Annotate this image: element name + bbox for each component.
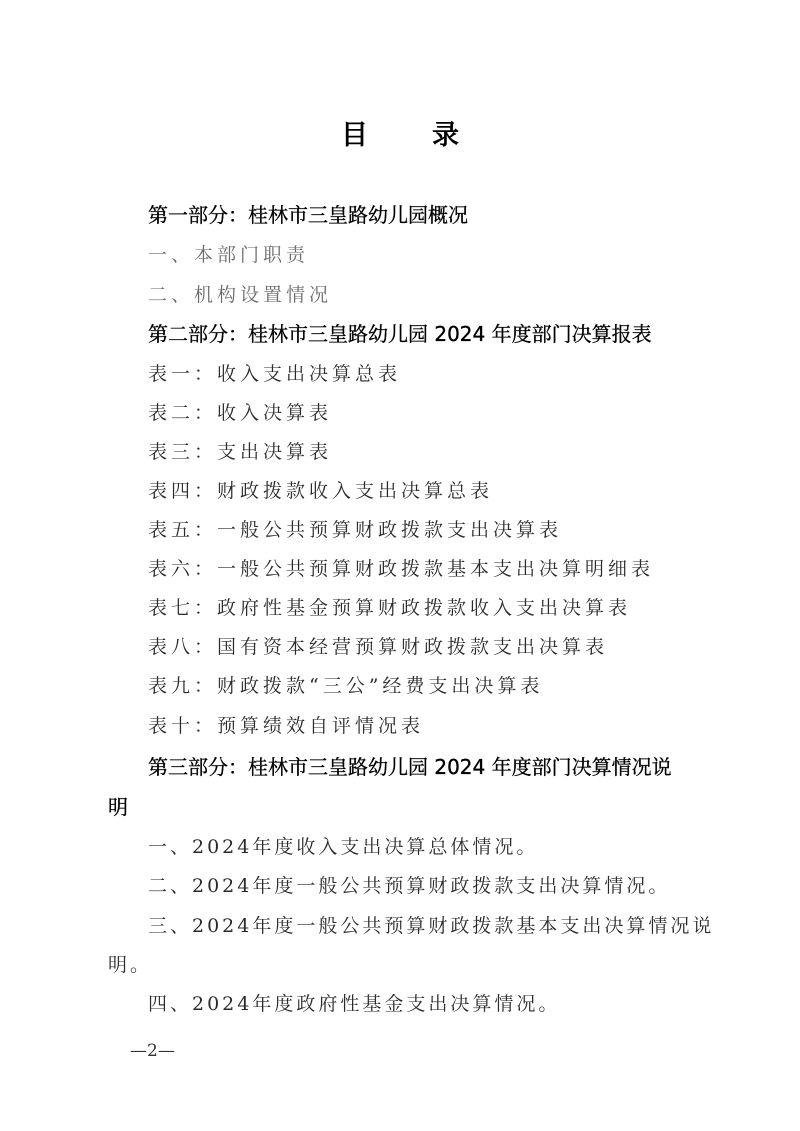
toc-part3-item-3[interactable]: 三、2024年度一般公共预算财政拨款基本支出决算情况说 — [148, 914, 714, 938]
toc-table-1[interactable]: 表一：收入支出决算总表 — [148, 362, 401, 386]
toc-part3-item-2[interactable]: 二、2024年度一般公共预算财政拨款支出决算情况。 — [148, 874, 670, 898]
toc-table-2[interactable]: 表二：收入决算表 — [148, 401, 332, 425]
toc-part3-item-3-wrap[interactable]: 明。 — [108, 953, 152, 977]
title-char-2: 录 — [432, 113, 459, 152]
title-char-1: 目 — [341, 113, 368, 152]
toc-table-9[interactable]: 表九：财政拨款“三公”经费支出决算表 — [148, 674, 543, 698]
toc-part1-item-2[interactable]: 二、机构设置情况 — [148, 283, 332, 307]
toc-part2-heading[interactable]: 第二部分：桂林市三皇路幼儿园 2024 年度部门决算报表 — [148, 322, 652, 346]
toc-part3-heading[interactable]: 第三部分：桂林市三皇路幼儿园 2024 年度部门决算情况说 — [148, 755, 672, 779]
toc-part3-item-1[interactable]: 一、2024年度收入支出决算总体情况。 — [148, 835, 538, 859]
toc-part1-heading[interactable]: 第一部分：桂林市三皇路幼儿园概况 — [148, 203, 468, 227]
toc-part3-heading-wrap[interactable]: 明 — [108, 795, 128, 819]
toc-table-3[interactable]: 表三：支出决算表 — [148, 440, 332, 464]
toc-part1-item-1[interactable]: 一、本部门职责 — [148, 243, 309, 267]
page-number: —2— — [130, 1041, 175, 1061]
toc-table-5[interactable]: 表五：一般公共预算财政拨款支出决算表 — [148, 518, 562, 542]
page-title: 目录 — [0, 113, 800, 152]
toc-table-8[interactable]: 表八：国有资本经营预算财政拨款支出决算表 — [148, 635, 608, 659]
toc-table-7[interactable]: 表七：政府性基金预算财政拨款收入支出决算表 — [148, 596, 631, 620]
toc-table-4[interactable]: 表四：财政拨款收入支出决算总表 — [148, 479, 493, 503]
toc-table-6[interactable]: 表六：一般公共预算财政拨款基本支出决算明细表 — [148, 557, 654, 581]
toc-part3-item-4[interactable]: 四、2024年度政府性基金支出决算情况。 — [148, 992, 560, 1016]
toc-table-10[interactable]: 表十：预算绩效自评情况表 — [148, 714, 424, 738]
